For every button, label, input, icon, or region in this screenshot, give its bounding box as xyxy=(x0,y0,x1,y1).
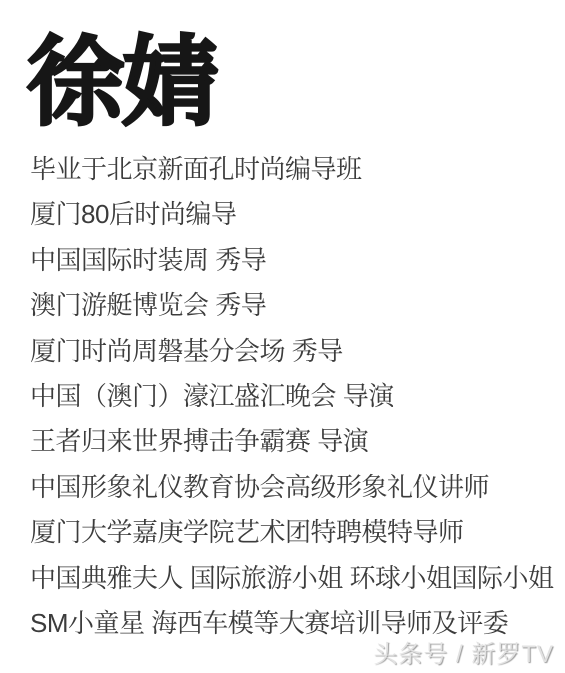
bio-line-fashion-week: 中国国际时装周 秀导 xyxy=(30,238,565,283)
watermark-toutiao: 头条号 / 新罗TV xyxy=(373,634,554,669)
bio-line-xiamen-director: 厦门80后时尚编导 xyxy=(30,192,565,237)
bio-line-jiageng-college: 厦门大学嘉庚学院艺术团特聘模特导师 xyxy=(30,510,565,555)
bio-line-pageants: 中国典雅夫人 国际旅游小姐 环球小姐国际小姐 xyxy=(30,556,565,601)
bio-line-panji-venue: 厦门时尚周磐基分会场 秀导 xyxy=(30,329,565,374)
bio-line-yacht-expo: 澳门游艇博览会 秀导 xyxy=(30,283,565,328)
bio-line-graduation: 毕业于北京新面孔时尚编导班 xyxy=(30,147,565,192)
page-title: 徐婧 xyxy=(27,26,217,140)
bio-line-etiquette-lecturer: 中国形象礼仪教育协会高级形象礼仪讲师 xyxy=(30,465,565,510)
bio-line-boxing-tournament: 王者归来世界搏击争霸赛 导演 xyxy=(30,419,565,464)
bio-list: 毕业于北京新面孔时尚编导班 厦门80后时尚编导 中国国际时装周 秀导 澳门游艇博… xyxy=(30,147,565,646)
profile-card: 徐婧 毕业于北京新面孔时尚编导班 厦门80后时尚编导 中国国际时装周 秀导 澳门… xyxy=(0,0,565,673)
bio-line-haojiang-gala: 中国（澳门）濠江盛汇晚会 导演 xyxy=(30,374,565,419)
